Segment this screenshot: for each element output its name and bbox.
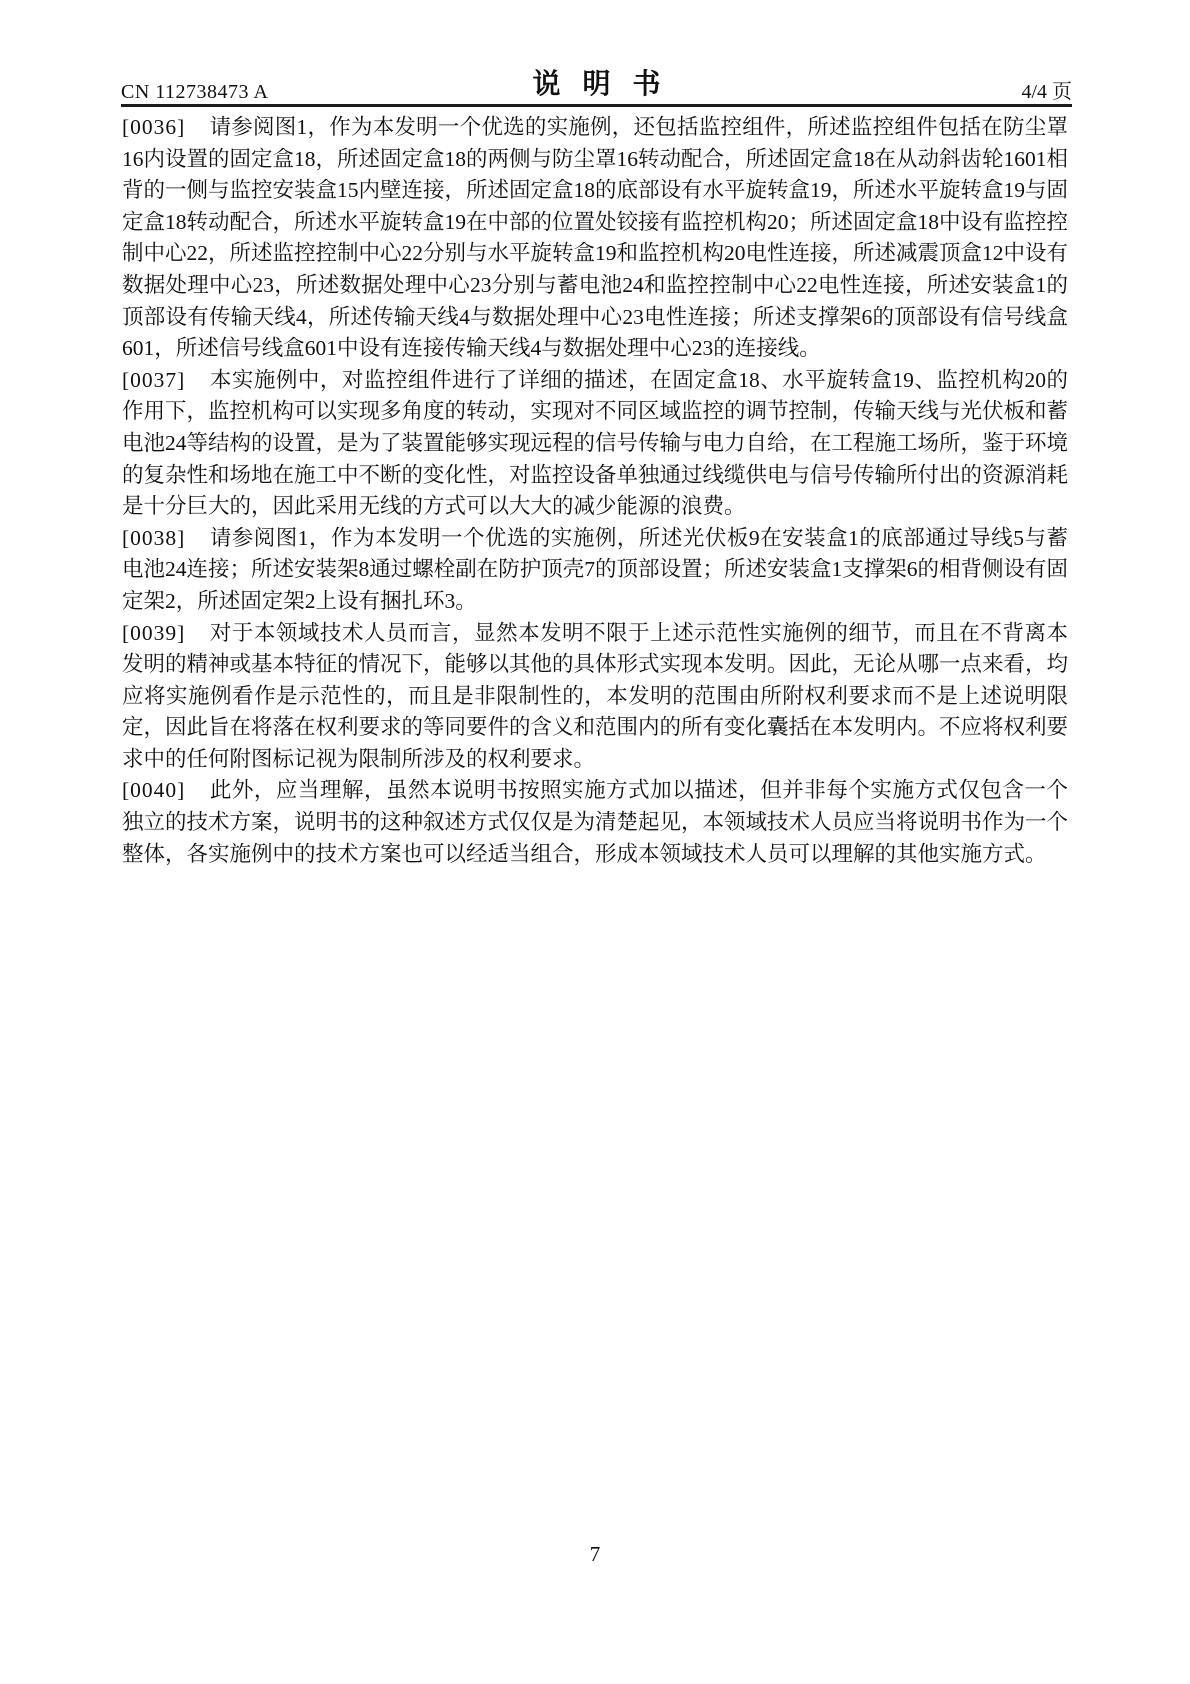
footer-page-number: 7: [0, 1542, 1190, 1567]
patent-specification-page: CN 112738473 A 说明书 4/4 页 [0036]请参阅图1，作为本…: [0, 0, 1190, 1684]
paragraph-0040: [0040]此外，应当理解，虽然本说明书按照实施方式加以描述，但并非每个实施方式…: [122, 775, 1068, 870]
specification-body: [0036]请参阅图1，作为本发明一个优选的实施例，还包括监控组件，所述监控组件…: [122, 112, 1068, 870]
header-divider-rule: [121, 104, 1072, 107]
document-title: 说明书: [121, 62, 1072, 102]
paragraph-0036: [0036]请参阅图1，作为本发明一个优选的实施例，还包括监控组件，所述监控组件…: [122, 112, 1068, 365]
paragraph-number: [0040]: [122, 775, 185, 807]
paragraph-text: 对于本领域技术人员而言，显然本发明不限于上述示范性实施例的细节，而且在不背离本发…: [122, 621, 1068, 771]
paragraph-text: 请参阅图1，作为本发明一个优选的实施例，还包括监控组件，所述监控组件包括在防尘罩…: [122, 115, 1068, 360]
paragraph-number: [0038]: [122, 523, 185, 555]
paragraph-text: 此外，应当理解，虽然本说明书按照实施方式加以描述，但并非每个实施方式仅包含一个独…: [122, 778, 1068, 865]
page-header: CN 112738473 A 说明书 4/4 页: [121, 66, 1072, 104]
page-indicator: 4/4 页: [1021, 75, 1072, 104]
paragraph-text: 本实施例中，对监控组件进行了详细的描述，在固定盒18、水平旋转盒19、监控机构2…: [122, 368, 1068, 518]
paragraph-0037: [0037]本实施例中，对监控组件进行了详细的描述，在固定盒18、水平旋转盒19…: [122, 365, 1068, 523]
paragraph-0039: [0039]对于本领域技术人员而言，显然本发明不限于上述示范性实施例的细节，而且…: [122, 618, 1068, 776]
paragraph-number: [0039]: [122, 618, 185, 650]
paragraph-text: 请参阅图1，作为本发明一个优选的实施例，所述光伏板9在安装盒1的底部通过导线5与…: [122, 526, 1068, 613]
paragraph-number: [0036]: [122, 112, 185, 144]
paragraph-number: [0037]: [122, 365, 185, 397]
paragraph-0038: [0038]请参阅图1，作为本发明一个优选的实施例，所述光伏板9在安装盒1的底部…: [122, 523, 1068, 618]
